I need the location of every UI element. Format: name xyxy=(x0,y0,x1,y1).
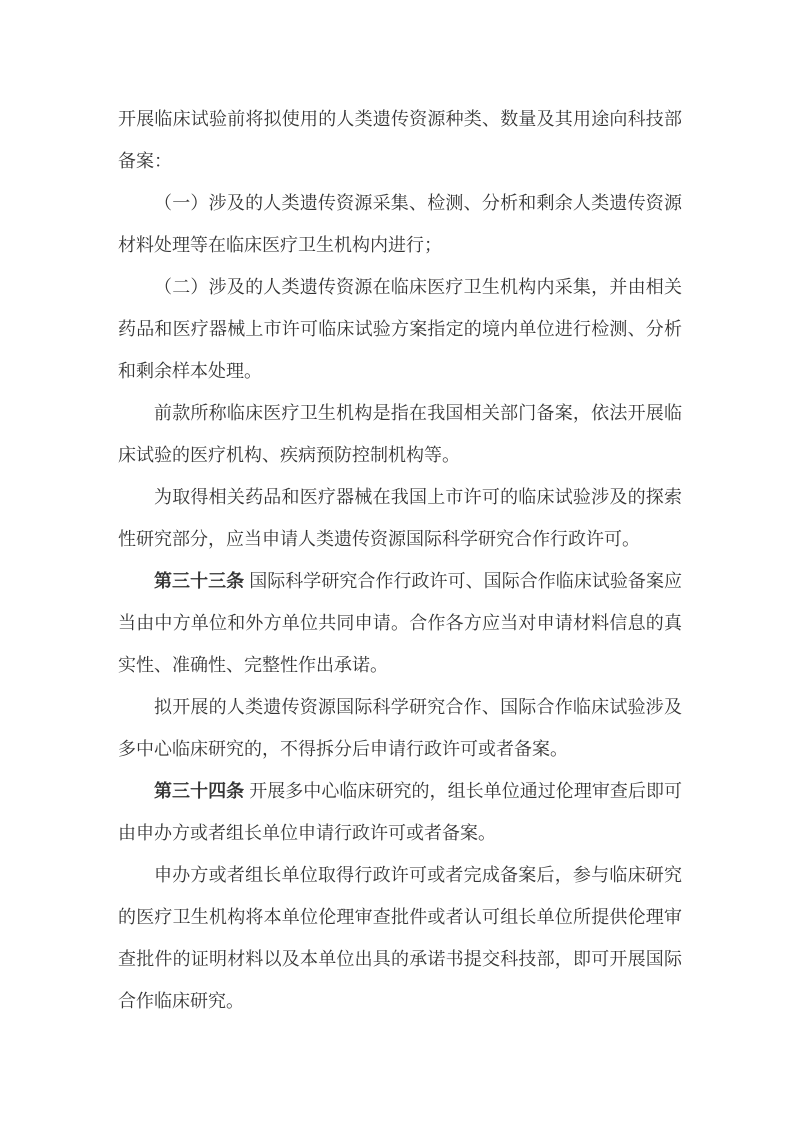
document-body: 开展临床试验前将拟使用的人类遗传资源种类、数量及其用途向科技部备案：（一）涉及的… xyxy=(118,98,682,1022)
paragraph-text: 申办方或者组长单位取得行政许可或者完成备案后，参与临床研究的医疗卫生机构将本单位… xyxy=(118,865,682,1011)
paragraph-text: （一）涉及的人类遗传资源采集、检测、分析和剩余人类遗传资源材料处理等在临床医疗卫… xyxy=(118,193,682,255)
article-number: 第三十三条 xyxy=(154,571,244,591)
paragraph-text: 为取得相关药品和医疗器械在我国上市许可的临床试验涉及的探索性研究部分，应当申请人… xyxy=(118,487,682,549)
paragraph: 拟开展的人类遗传资源国际科学研究合作、国际合作临床试验涉及多中心临床研究的，不得… xyxy=(118,686,682,770)
paragraph: （二）涉及的人类遗传资源在临床医疗卫生机构内采集，并由相关药品和医疗器械上市许可… xyxy=(118,266,682,392)
paragraph-text: （二）涉及的人类遗传资源在临床医疗卫生机构内采集，并由相关药品和医疗器械上市许可… xyxy=(118,277,682,381)
paragraph: 申办方或者组长单位取得行政许可或者完成备案后，参与临床研究的医疗卫生机构将本单位… xyxy=(118,854,682,1022)
paragraph: 前款所称临床医疗卫生机构是指在我国相关部门备案，依法开展临床试验的医疗机构、疾病… xyxy=(118,392,682,476)
paragraph: （一）涉及的人类遗传资源采集、检测、分析和剩余人类遗传资源材料处理等在临床医疗卫… xyxy=(118,182,682,266)
paragraph: 为取得相关药品和医疗器械在我国上市许可的临床试验涉及的探索性研究部分，应当申请人… xyxy=(118,476,682,560)
paragraph: 第三十四条 开展多中心临床研究的，组长单位通过伦理审查后即可由申办方或者组长单位… xyxy=(118,770,682,854)
paragraph-text: 拟开展的人类遗传资源国际科学研究合作、国际合作临床试验涉及多中心临床研究的，不得… xyxy=(118,697,682,759)
paragraph: 第三十三条 国际科学研究合作行政许可、国际合作临床试验备案应当由中方单位和外方单… xyxy=(118,560,682,686)
document-page: 开展临床试验前将拟使用的人类遗传资源种类、数量及其用途向科技部备案：（一）涉及的… xyxy=(0,0,800,1131)
paragraph: 开展临床试验前将拟使用的人类遗传资源种类、数量及其用途向科技部备案： xyxy=(118,98,682,182)
paragraph-text: 开展临床试验前将拟使用的人类遗传资源种类、数量及其用途向科技部备案： xyxy=(118,109,682,171)
paragraph-text: 前款所称临床医疗卫生机构是指在我国相关部门备案，依法开展临床试验的医疗机构、疾病… xyxy=(118,403,682,465)
article-number: 第三十四条 xyxy=(154,781,244,801)
